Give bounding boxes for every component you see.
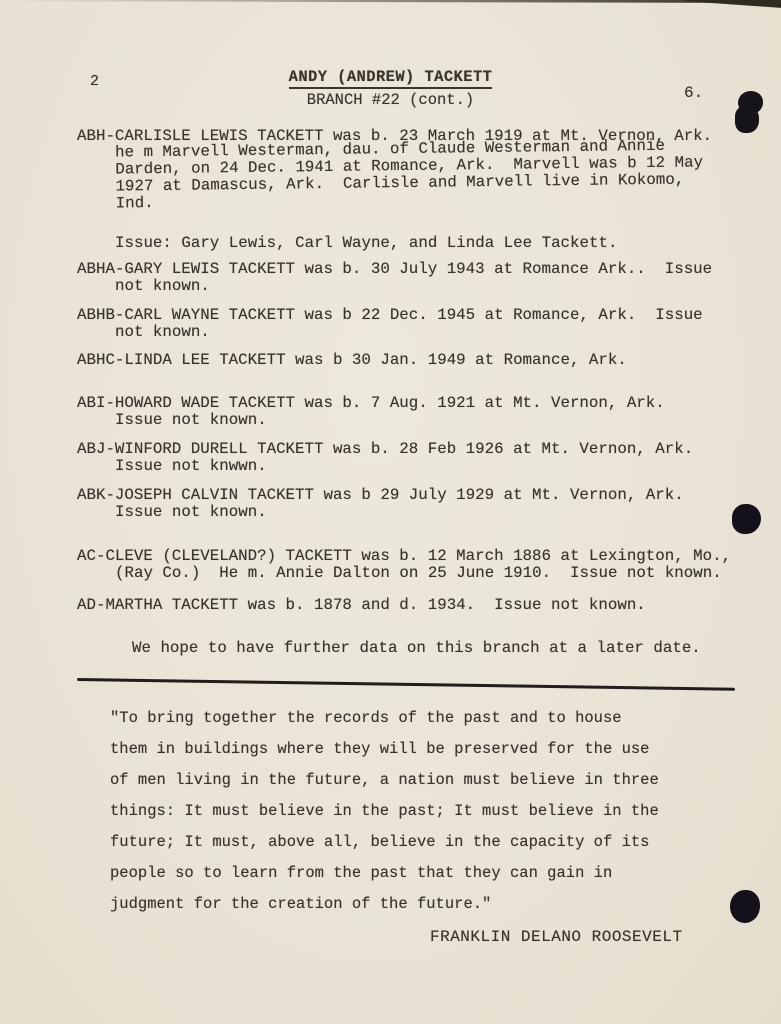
entry-abhb-line-1: not known.	[77, 324, 767, 341]
entry-abhc: ABHC-LINDA LEE TACKETT was b 30 Jan. 194…	[77, 352, 767, 369]
page-title: ANDY (ANDREW) TACKETT	[289, 68, 493, 89]
closing-note: We hope to have further data on this bra…	[77, 640, 767, 657]
entry-ad: AD-MARTHA TACKETT was b. 1878 and d. 193…	[77, 597, 767, 614]
genealogy-entries: ABH-CARLISLE LEWIS TACKETT was b. 23 Mar…	[77, 128, 767, 657]
entry-abha-line-1: not known.	[77, 278, 767, 295]
entry-abha: ABHA-GARY LEWIS TACKETT was b. 30 July 1…	[77, 261, 767, 295]
page-subtitle: BRANCH #22 (cont.)	[0, 91, 781, 109]
entry-abhb-line-0: ABHB-CARL WAYNE TACKETT was b 22 Dec. 19…	[77, 307, 767, 324]
quote-line-5: people so to learn from the past that th…	[110, 858, 710, 889]
entry-abi: ABI-HOWARD WADE TACKETT was b. 7 Aug. 19…	[77, 395, 767, 429]
quote-block: "To bring together the records of the pa…	[110, 703, 710, 920]
entry-abk-line-1: Issue not known.	[77, 504, 767, 521]
quote-attribution: FRANKLIN DELANO ROOSEVELT	[430, 928, 683, 946]
entry-abh-continuation: he m Marvell Westerman, dau. of Claude W…	[77, 137, 768, 213]
page-number-right: 6.	[684, 84, 703, 102]
entry-ac-line-0: AC-CLEVE (CLEVELAND?) TACKETT was b. 12 …	[77, 548, 767, 565]
entry-abha-line-0: ABHA-GARY LEWIS TACKETT was b. 30 July 1…	[77, 261, 767, 278]
quote-line-2: of men living in the future, a nation mu…	[110, 765, 710, 796]
quote-line-3: things: It must believe in the past; It …	[110, 796, 710, 827]
entry-ac: AC-CLEVE (CLEVELAND?) TACKETT was b. 12 …	[77, 548, 767, 582]
abh-issue-note: Issue: Gary Lewis, Carl Wayne, and Linda…	[77, 235, 767, 252]
ink-blot-bottom-right	[730, 890, 760, 923]
entry-abhc-line-0: ABHC-LINDA LEE TACKETT was b 30 Jan. 194…	[77, 352, 767, 369]
quote-line-4: future; It must, above all, believe in t…	[110, 827, 710, 858]
quote-line-0: "To bring together the records of the pa…	[110, 703, 710, 734]
entry-ac-line-1: (Ray Co.) He m. Annie Dalton on 25 June …	[77, 565, 767, 582]
entry-abh: ABH-CARLISLE LEWIS TACKETT was b. 23 Mar…	[77, 128, 767, 213]
scanned-document-page: 2 ANDY (ANDREW) TACKETT BRANCH #22 (cont…	[0, 0, 781, 1024]
entry-abi-line-1: Issue not known.	[77, 412, 767, 429]
scan-corner-mark	[685, 0, 781, 9]
section-divider	[77, 678, 735, 691]
entry-abi-line-0: ABI-HOWARD WADE TACKETT was b. 7 Aug. 19…	[77, 395, 767, 412]
entry-abhb: ABHB-CARL WAYNE TACKETT was b 22 Dec. 19…	[77, 307, 767, 341]
entry-abk-line-0: ABK-JOSEPH CALVIN TACKETT was b 29 July …	[77, 487, 767, 504]
entry-abj-line-1: Issue not knwwn.	[77, 458, 767, 475]
entry-abk: ABK-JOSEPH CALVIN TACKETT was b 29 July …	[77, 487, 767, 521]
scan-edge-top	[0, 0, 781, 3]
quote-line-6: judgment for the creation of the future.…	[110, 889, 710, 920]
quote-line-1: them in buildings where they will be pre…	[110, 734, 710, 765]
entry-ad-line-0: AD-MARTHA TACKETT was b. 1878 and d. 193…	[77, 597, 767, 614]
page-header: ANDY (ANDREW) TACKETT BRANCH #22 (cont.)	[0, 68, 781, 109]
entry-abj-line-0: ABJ-WINFORD DURELL TACKETT was b. 28 Feb…	[77, 441, 767, 458]
entry-abj: ABJ-WINFORD DURELL TACKETT was b. 28 Feb…	[77, 441, 767, 475]
